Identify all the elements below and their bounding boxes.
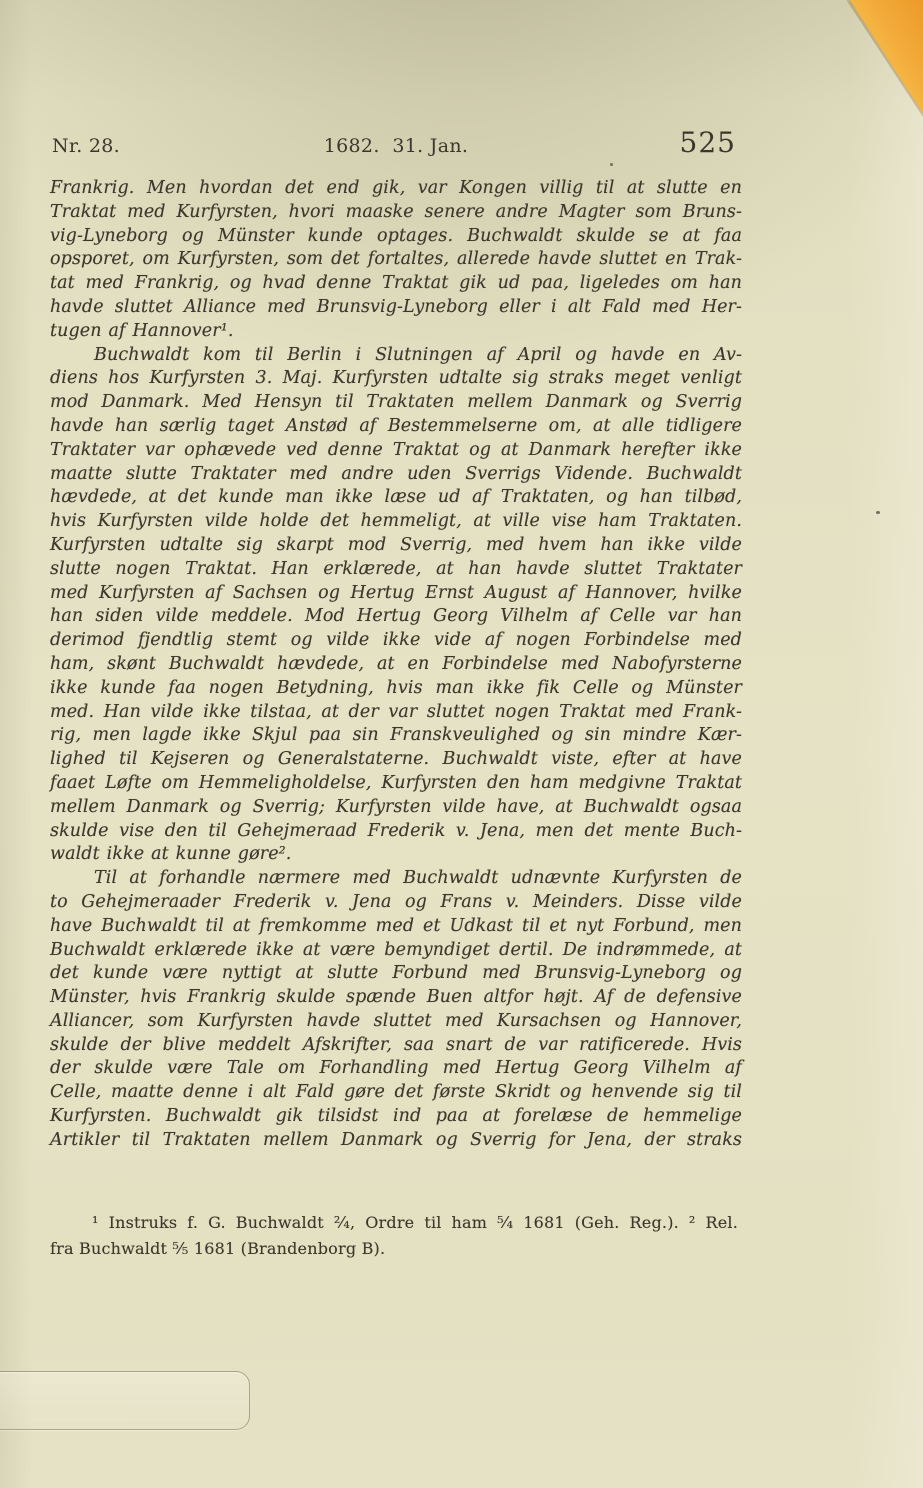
page-number: 525 xyxy=(680,126,736,159)
footnote-line: fra Buchwaldt ⁵⁄₅ 1681 (Brandenborg B). xyxy=(50,1236,738,1262)
text-line: Artikler til Traktaten mellem Danmark og… xyxy=(50,1129,742,1153)
text-line: han siden vilde meddele. Mod Hertug Geor… xyxy=(50,605,742,629)
text-line: rig, men lagde ikke Skjul paa sin Fransk… xyxy=(50,724,742,748)
emboss-strip xyxy=(0,1371,250,1430)
paragraph: Til at forhandle nærmere med Buchwaldt u… xyxy=(50,867,742,1153)
text-line: Buchwaldt kom til Berlin i Slutningen af… xyxy=(50,344,742,368)
text-line: hævdede, at det kunde man ikke læse ud a… xyxy=(50,486,742,510)
text-line: havde han særlig taget Anstød af Bestemm… xyxy=(50,415,742,439)
ink-speck xyxy=(703,213,706,215)
text-line: diens hos Kurfyrsten 3. Maj. Kurfyrsten … xyxy=(50,367,742,391)
text-line: ham, skønt Buchwaldt hævdede, at en Forb… xyxy=(50,653,742,677)
text-line: Buchwaldt erklærede ikke at være bemyndi… xyxy=(50,939,742,963)
text-line: lighed til Kejseren og Generalstaterne. … xyxy=(50,748,742,772)
paragraph: Frankrig. Men hvordan det end gik, var K… xyxy=(50,177,742,344)
text-line: slutte nogen Traktat. Han erklærede, at … xyxy=(50,558,742,582)
text-line: waldt ikke at kunne gøre². xyxy=(50,843,742,867)
text-line: havde sluttet Alliance med Brunsvig-Lyne… xyxy=(50,296,742,320)
text-line: med. Han vilde ikke tilstaa, at der var … xyxy=(50,701,742,725)
text-line: have Buchwaldt til at fremkomme med et U… xyxy=(50,915,742,939)
text-line: Münster, hvis Frankrig skulde spænde Bue… xyxy=(50,986,742,1010)
page-header: Nr. 28. 1682. 31. Jan. 525 xyxy=(50,130,742,164)
text-line: ikke kunde faa nogen Betydning, hvis man… xyxy=(50,677,742,701)
text-line: Alliancer, som Kurfyrsten havde sluttet … xyxy=(50,1010,742,1034)
ink-speck xyxy=(610,163,613,166)
footnote-line: ¹ Instruks f. G. Buchwaldt ²⁄₄, Ordre ti… xyxy=(50,1210,738,1236)
text-line: med Kurfyrsten af Sachsen og Hertug Erns… xyxy=(50,582,742,606)
body-text: Frankrig. Men hvordan det end gik, var K… xyxy=(50,177,742,1153)
text-line: Kurfyrsten udtalte sig skarpt mod Sverri… xyxy=(50,534,742,558)
text-line: vig-Lyneborg og Münster kunde optages. B… xyxy=(50,225,742,249)
text-line: maatte slutte Traktater med andre uden S… xyxy=(50,463,742,487)
text-line: tat med Frankrig, og hvad denne Traktat … xyxy=(50,272,742,296)
text-line: skulde vise den til Gehejmeraad Frederik… xyxy=(50,820,742,844)
header-date: 1682. 31. Jan. xyxy=(50,135,742,157)
text-line: opsporet, om Kurfyrsten, som det fortalt… xyxy=(50,248,742,272)
scanned-book-page: Nr. 28. 1682. 31. Jan. 525 Frankrig. Men… xyxy=(0,0,923,1488)
text-line: Celle, maatte denne i alt Fald gøre det … xyxy=(50,1081,742,1105)
text-line: Til at forhandle nærmere med Buchwaldt u… xyxy=(50,867,742,891)
paragraph: Buchwaldt kom til Berlin i Slutningen af… xyxy=(50,344,742,868)
text-line: Traktater var ophævede ved denne Traktat… xyxy=(50,439,742,463)
text-line: skulde der blive meddelt Afskrifter, saa… xyxy=(50,1034,742,1058)
text-line: Kurfyrsten. Buchwaldt gik tilsidst ind p… xyxy=(50,1105,742,1129)
text-line: mod Danmark. Med Hensyn til Traktaten me… xyxy=(50,391,742,415)
text-line: derimod fjendtlig stemt og vilde ikke vi… xyxy=(50,629,742,653)
text-line: mellem Danmark og Sverrig; Kurfyrsten vi… xyxy=(50,796,742,820)
text-line: hvis Kurfyrsten vilde holde det hemmelig… xyxy=(50,510,742,534)
text-line: to Gehejmeraader Frederik v. Jena og Fra… xyxy=(50,891,742,915)
text-line: faaet Løfte om Hemmeligholdelse, Kurfyrs… xyxy=(50,772,742,796)
text-line: tugen af Hannover¹. xyxy=(50,320,742,344)
text-line: det kunde være nyttigt at slutte Forbund… xyxy=(50,962,742,986)
text-line: Frankrig. Men hvordan det end gik, var K… xyxy=(50,177,742,201)
text-line: der skulde være Tale om Forhandling med … xyxy=(50,1057,742,1081)
footnotes: ¹ Instruks f. G. Buchwaldt ²⁄₄, Ordre ti… xyxy=(50,1210,738,1262)
text-line: Traktat med Kurfyrsten, hvori maaske sen… xyxy=(50,201,742,225)
ink-speck xyxy=(876,511,880,514)
